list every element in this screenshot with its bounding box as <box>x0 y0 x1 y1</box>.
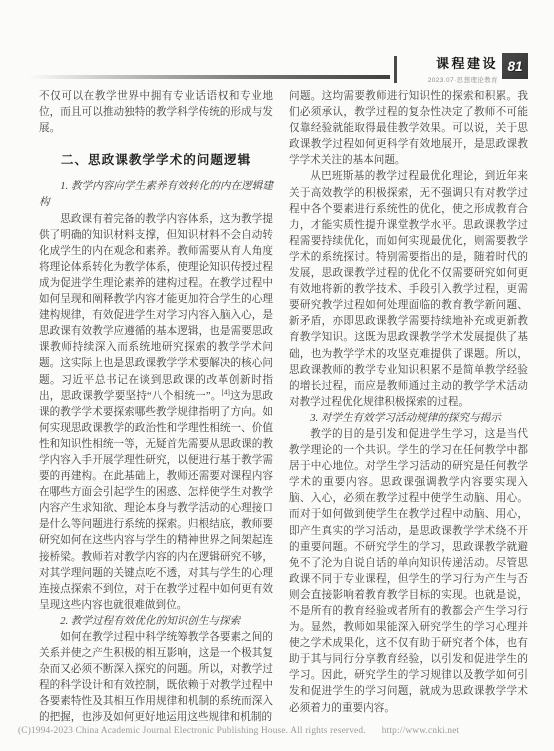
paragraph-1: 思政课有着完备的教学内容体系，这为教学提供了明确的知识材料支撑，但知识材料不会自… <box>39 212 273 614</box>
subheading-1: 1. 教学内容向学生素养有效转化的内在逻辑建构 <box>39 179 273 211</box>
issue-info: 2023.07·思想理论教育 <box>398 75 498 84</box>
header-vertical-divider <box>394 56 397 83</box>
page-footer: (C)1994-2023 China Academic Journal Elec… <box>18 726 459 736</box>
cnki-url: http://www.cnki.net <box>382 726 460 736</box>
paragraph-4: 教学的目的是引发和促进学生学习，这是当代教学理论的一个共识。学生的学习在任何教学… <box>289 427 528 717</box>
page-header: 课程建设 2023.07·思想理论教育 <box>398 53 498 84</box>
paragraph-1-text-after-note: 这为思政课的教学学术要探索哪些教学规律指明了方向。如何实现思政课教学的政治性和学… <box>39 391 273 611</box>
subheading-3: 3. 对学生有效学习活动规律的探究与揭示 <box>289 411 528 427</box>
paragraph-3: 从巴班斯基的教学过程最优化理论，到近年来关于高效教学的积极探索，无不强调只有对教… <box>289 169 528 410</box>
paragraph-1-text: 思政课有着完备的教学内容体系，这为教学提供了明确的知识材料支撑，但知识材料不会自… <box>39 214 273 402</box>
right-column: 问题。这均需要教师进行知识性的探索和积累。我们必须承认，教学过程的复杂性决定了教… <box>289 89 528 717</box>
footnote-marker: [4] <box>222 388 230 396</box>
paragraph-2: 如何在教学过程中科学统筹教学各要素之间的关系并使之产生积极的相互影响，这是一个极… <box>39 630 273 727</box>
left-column: 不仅可以在教学世界中拥有专业话语权和专业地位，而且可以推动独特的教学科学传统的形… <box>39 89 273 727</box>
header-gradient-rule <box>28 75 390 79</box>
copyright-text: (C)1994-2023 China Academic Journal Elec… <box>18 726 366 736</box>
journal-page: 课程建设 2023.07·思想理论教育 81 不仅可以在教学世界中拥有专业话语权… <box>0 0 554 751</box>
subheading-2: 2. 教学过程有效优化的知识创生与探索 <box>39 614 273 630</box>
section-heading: 二、思政课教学学术的问题逻辑 <box>39 152 273 168</box>
paragraph-intro-end: 不仅可以在教学世界中拥有专业话语权和专业地位，而且可以推动独特的教学科学传统的形… <box>39 89 273 137</box>
journal-section-title: 课程建设 <box>398 53 498 72</box>
page-number-badge: 81 <box>502 53 528 79</box>
paragraph-2-continued: 问题。这均需要教师进行知识性的探索和积累。我们必须承认，教学过程的复杂性决定了教… <box>289 89 528 169</box>
